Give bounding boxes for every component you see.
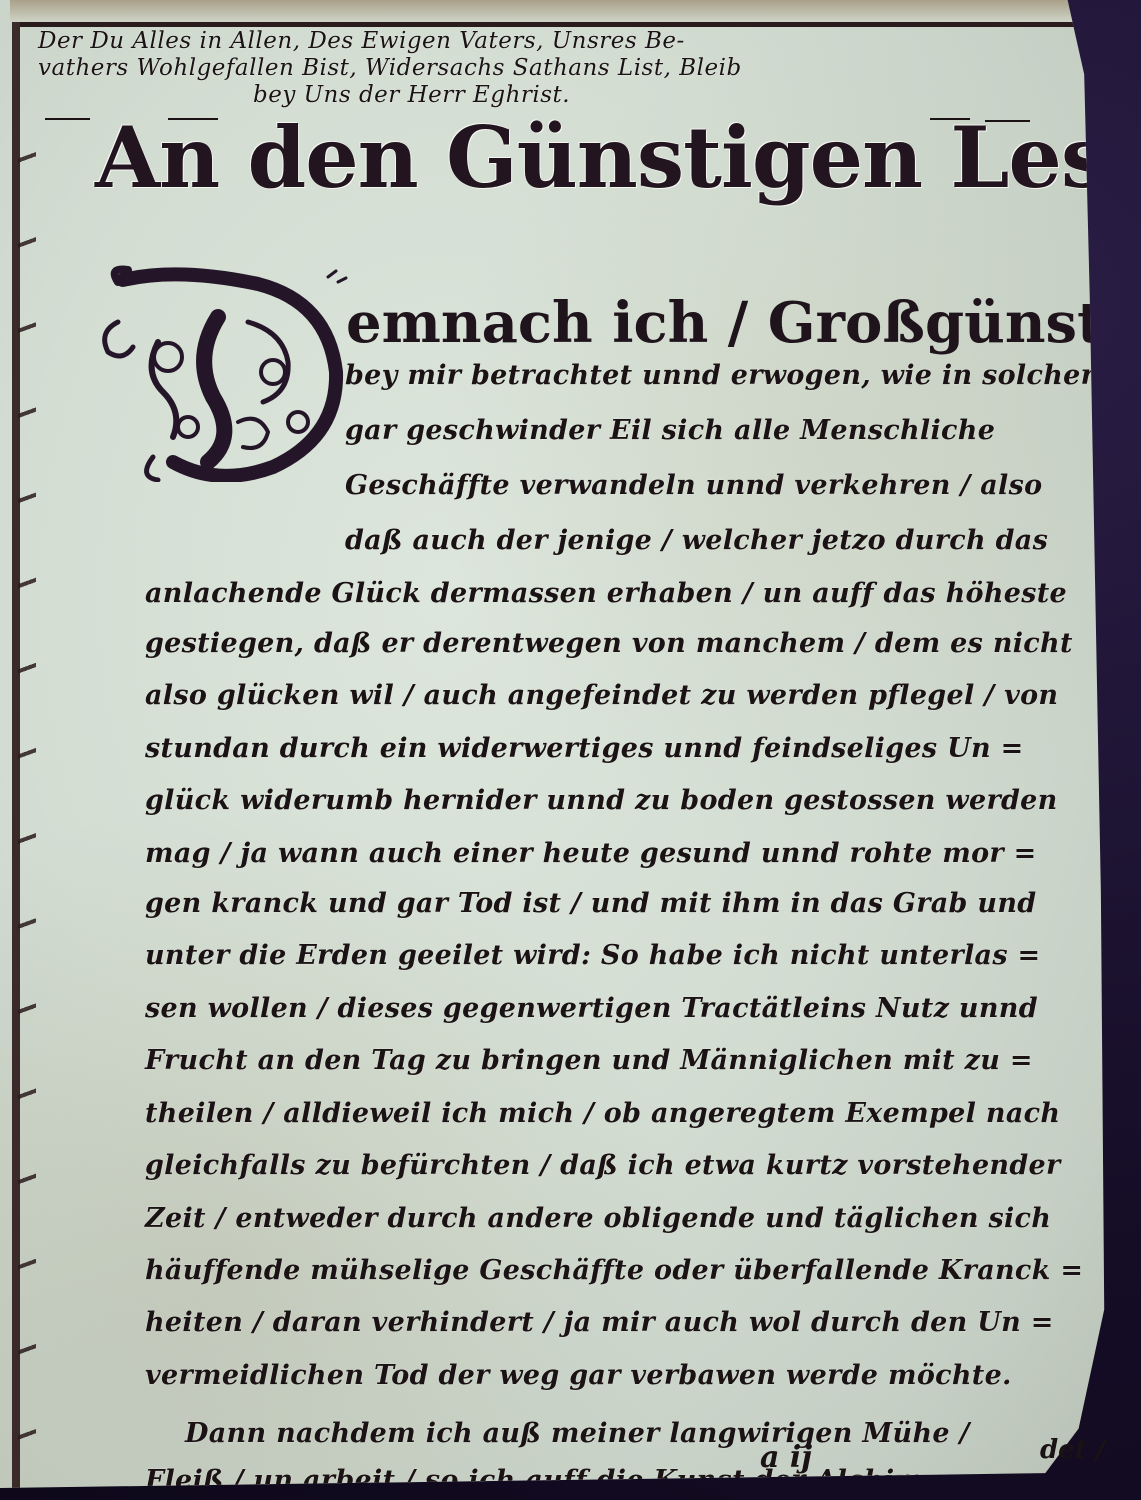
text-line: Geschäffte verwandeln unnd verkehren / a… xyxy=(345,470,1042,501)
frame-left-hatching xyxy=(18,100,36,1490)
text-line: Dann nachdem ich auß meiner langwirigen … xyxy=(185,1418,970,1449)
text-line: gen kranck und gar Tod ist / und mit ihm… xyxy=(145,888,1036,919)
header-annotation: Der Du Alles in Allen, Des Ewigen Vaters… xyxy=(38,28,1098,109)
text-line: vermeidlichen Tod der weg gar verbawen w… xyxy=(145,1360,1012,1391)
text-line: gestiegen, daß er derentwegen von manche… xyxy=(145,628,1073,659)
title-flourish-left xyxy=(45,118,90,120)
header-annotation-line: bey Uns der Herr Eghrist. xyxy=(38,82,1098,109)
text-line: anlachende Glück dermassen erhaben / un … xyxy=(145,578,1067,609)
text-line: also glücken wil / auch angefeindet zu w… xyxy=(145,680,1058,711)
manuscript-page: Der Du Alles in Allen, Des Ewigen Vaters… xyxy=(0,0,1112,1488)
text-line: heiten / daran verhindert / ja mir auch … xyxy=(145,1307,1054,1338)
text-line: gar geschwinder Eil sich alle Menschlich… xyxy=(345,415,995,446)
text-line: sen wollen / dieses gegenwertigen Tractä… xyxy=(145,993,1038,1024)
text-line: mag / ja wann auch einer heute gesund un… xyxy=(145,838,1037,869)
opening-line: emnach ich / Großgünstiger Le xyxy=(346,288,1141,358)
decorated-initial-d-icon xyxy=(98,262,348,482)
text-line: gleichfalls zu befürchten / daß ich etwa… xyxy=(145,1150,1061,1181)
text-line: Frucht an den Tag zu bringen und Männigl… xyxy=(145,1045,1033,1076)
page-title: An den Günstigen Leser. xyxy=(95,108,1085,208)
page-top-edge xyxy=(10,0,1090,22)
text-line: häuffende mühselige Geschäffte oder über… xyxy=(145,1255,1083,1286)
signature-mark: a ij xyxy=(760,1440,812,1475)
text-line: Zeit / entweder durch andere obligende u… xyxy=(145,1203,1051,1234)
text-line: daß auch der jenige / welcher jetzo durc… xyxy=(345,525,1048,556)
header-annotation-line: Der Du Alles in Allen, Des Ewigen Vaters… xyxy=(38,28,1098,55)
catchword: det / xyxy=(1040,1435,1105,1465)
text-line: glück widerumb hernider unnd zu boden ge… xyxy=(145,785,1058,816)
header-annotation-text: bey Uns der Herr Eghrist. xyxy=(253,82,570,108)
text-line: theilen / alldieweil ich mich / ob anger… xyxy=(145,1098,1060,1129)
text-line: bey mir betrachtet unnd erwogen, wie in … xyxy=(345,360,1095,391)
text-line: stundan durch ein widerwertiges unnd fei… xyxy=(145,733,1024,764)
header-annotation-line: vathers Wohlgefallen Bist, Widersachs Sa… xyxy=(38,55,1098,82)
frame-top-rule xyxy=(14,22,1074,27)
text-line: unter die Erden geeilet wird: So habe ic… xyxy=(145,940,1040,971)
